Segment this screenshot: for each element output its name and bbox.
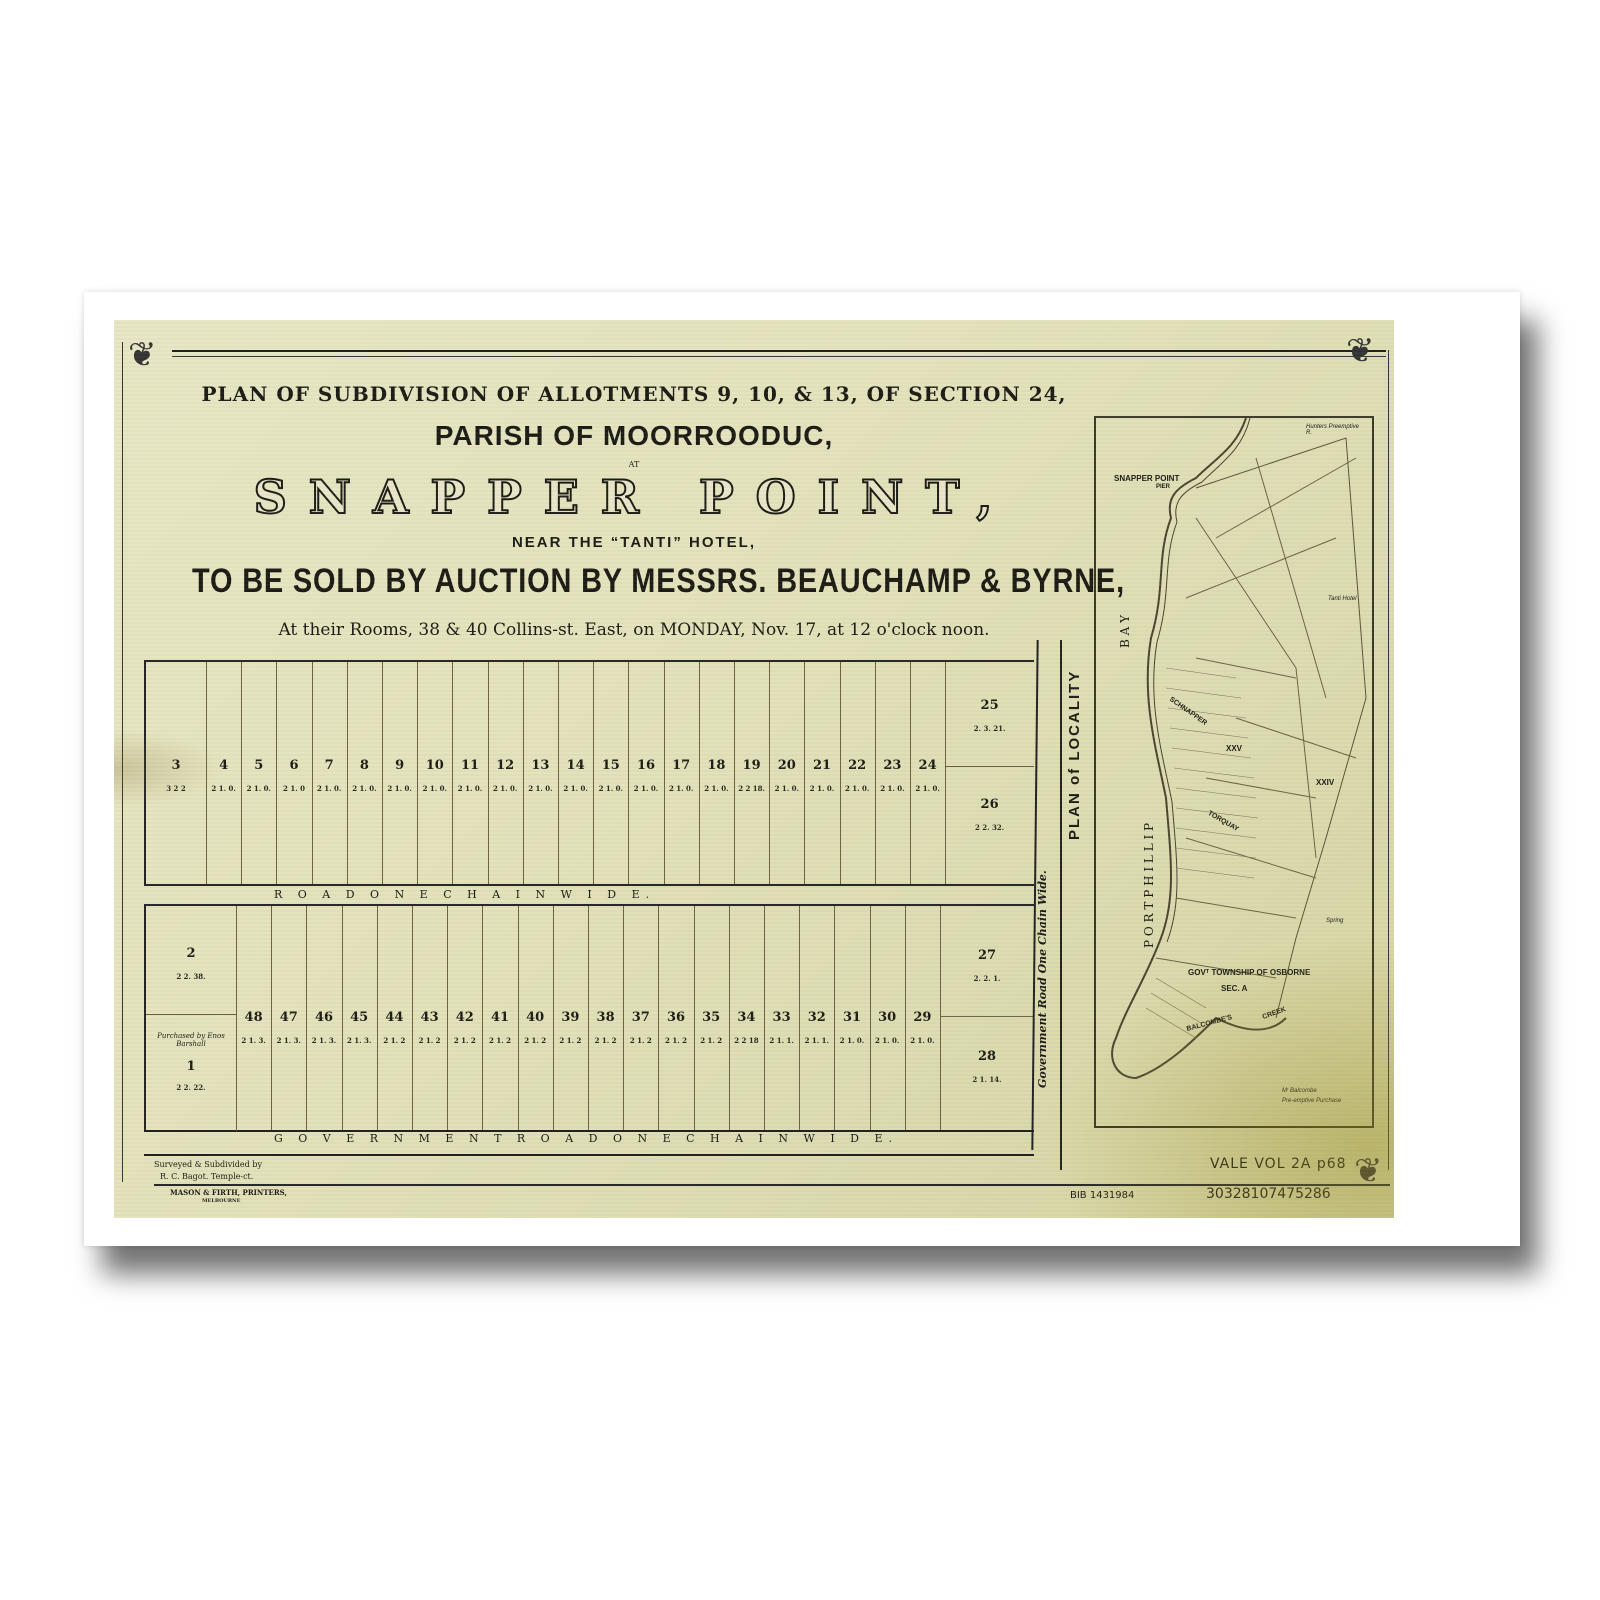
lot-area: 3 2 2 (146, 784, 206, 793)
road-label-vertical: Government Road One Chain Wide. (1036, 870, 1049, 1088)
lot-number: 16 (628, 758, 663, 773)
lot-cell: 332 1. 1. (764, 906, 800, 1130)
lot-cell: 162 1. 0. (628, 662, 664, 884)
map-label-spring: Spring (1326, 918, 1343, 924)
lot-area: 2 2 18. (734, 784, 769, 793)
lot-number: 5 (241, 758, 276, 773)
lot-area: 2 1. 0. (206, 784, 241, 793)
lot-number: 8 (347, 758, 382, 773)
lot-cell: 172 1. 0. (664, 662, 700, 884)
lot-area: 2 1. 0. (417, 784, 452, 793)
lot-cell: 202 1. 0. (769, 662, 805, 884)
lot-cell: 22 2. 38. (146, 906, 237, 1014)
lot-number: 39 (553, 1010, 588, 1025)
lot-number: 44 (377, 1010, 412, 1025)
lot-cell: 372 1. 2 (623, 906, 659, 1130)
lot-area: 2 1. 2 (588, 1036, 623, 1045)
lot-area: 2 1. 0. (664, 784, 699, 793)
lot-cell: 182 1. 0. (699, 662, 735, 884)
lot-area: 2 1. 0. (910, 784, 945, 793)
map-label-balcombe-owner: Mʳ Balcombe (1282, 1088, 1317, 1094)
lot-number: 38 (588, 1010, 623, 1025)
lot-cell: 402 1. 2 (518, 906, 554, 1130)
lot-cell: 52 1. 0. (241, 662, 277, 884)
border-line (1388, 350, 1389, 1170)
corner-ornament-icon: ❦ (1346, 334, 1375, 368)
purchased-note: Purchased by Enos Barshall (156, 1033, 226, 1048)
lot-number: 12 (488, 758, 523, 773)
lot-number: 21 (804, 758, 839, 773)
surveyed-by-label: Surveyed & Subdivided by (154, 1160, 262, 1169)
lot-cell: 192 2 18. (734, 662, 770, 884)
lot-number: 24 (910, 758, 945, 773)
lot-number: 32 (799, 1010, 834, 1025)
lot-area: 2 1. 2 (482, 1036, 517, 1045)
title-auction-details: At their Rooms, 38 & 40 Collins-st. East… (114, 620, 1154, 640)
lot-number: 36 (658, 1010, 693, 1025)
title-at: AT (114, 460, 1154, 469)
lot-area: 2 1. 0. (523, 784, 558, 793)
lot-cell: 102 1. 0. (417, 662, 453, 884)
lot-area: 2 1. 14. (940, 1075, 1034, 1084)
lot-area: 2. 2. 1. (940, 974, 1034, 983)
lot-cell: 82 1. 0. (347, 662, 383, 884)
title-line-1: PLAN OF SUBDIVISION OF ALLOTMENTS 9, 10,… (114, 382, 1154, 406)
map-label-sec-a: SEC. A (1221, 984, 1247, 993)
lot-number: 17 (664, 758, 699, 773)
lot-cell: 252. 3. 21. (945, 662, 1034, 766)
lot-cell: 92 1. 0. (382, 662, 418, 884)
lot-cell: 362 1. 2 (658, 906, 694, 1130)
lot-area: 2 1. 2 (623, 1036, 658, 1045)
lot-area: 2 1. 3. (236, 1036, 271, 1045)
lot-cell: 422 1. 2 (447, 906, 483, 1130)
lot-number: 19 (734, 758, 769, 773)
lot-number: 13 (523, 758, 558, 773)
lot-area: 2 1. 2 (553, 1036, 588, 1045)
locality-title: PLAN of LOCALITY (1066, 670, 1083, 840)
vale-reference: VALE VOL 2A p68 (1210, 1156, 1347, 1172)
map-label-xxiv: XXIV (1316, 778, 1334, 787)
lot-area: 2 1. 0. (834, 1036, 869, 1045)
lot-cell: 292 1. 0. (905, 906, 941, 1130)
lot-number: 4 (206, 758, 241, 773)
lot-number: 3 (146, 758, 206, 773)
lot-area: 2 1. 2 (447, 1036, 482, 1045)
lot-area: 2 1. 0 (276, 784, 311, 793)
lot-number: 34 (729, 1010, 764, 1025)
lot-cell: 472 1. 3. (271, 906, 307, 1130)
lot-area: 2 1. 0. (769, 784, 804, 793)
road-label-bottom: G O V E R N M E N T R O A D O N E C H A … (274, 1132, 898, 1145)
lower-lot-block: 22 2. 38.Purchased by Enos Barshall12 2.… (144, 904, 1034, 1132)
lot-area: 2 2 18 (729, 1036, 764, 1045)
lot-area: 2 1. 0. (628, 784, 663, 793)
map-label-snapper-point: SNAPPER POINT (1114, 474, 1179, 483)
map-label-preemptive: Pre-emptive Purchase (1282, 1098, 1341, 1104)
lot-number: 43 (412, 1010, 447, 1025)
lot-area: 2 1. 0. (241, 784, 276, 793)
road-edge-line (1060, 640, 1062, 1170)
lot-cell: 342 2 18 (729, 906, 765, 1130)
lot-number: 26 (945, 797, 1034, 812)
lot-number: 31 (834, 1010, 869, 1025)
lot-area: 2 1. 0. (905, 1036, 940, 1045)
lot-cell: 322 1. 1. (799, 906, 835, 1130)
lot-number: 47 (271, 1010, 306, 1025)
lot-area: 2 1. 0. (593, 784, 628, 793)
map-label-tanti-hotel: Tanti Hotel (1328, 596, 1356, 602)
lot-area: 2 1. 2 (412, 1036, 447, 1045)
lot-cell: 272. 2. 1. (940, 906, 1034, 1016)
title-auction: TO BE SOLD BY AUCTION BY MESSRS. BEAUCHA… (192, 562, 1076, 601)
lot-cell: 42 1. 0. (206, 662, 242, 884)
border-line (154, 1184, 1390, 1186)
lot-cell: 112 1. 0. (452, 662, 488, 884)
title-parish: PARISH OF MOORROODUC, (114, 420, 1154, 452)
lot-area: 2 1. 0. (347, 784, 382, 793)
lot-area: 2 1. 2 (694, 1036, 729, 1045)
lot-number: 2 (146, 946, 236, 961)
lot-cell: 392 1. 2 (553, 906, 589, 1130)
lot-area: 2 2. 22. (146, 1083, 236, 1092)
lot-number: 25 (945, 698, 1034, 713)
map-label-bay: B A Y (1118, 615, 1132, 648)
lot-number: 23 (875, 758, 910, 773)
lot-cell: 222 1. 0. (840, 662, 876, 884)
lot-area: 2 1. 0. (840, 784, 875, 793)
printers-label: MASON & FIRTH, PRINTERS, (170, 1188, 287, 1197)
lot-number: 40 (518, 1010, 553, 1025)
corner-ornament-icon: ❦ (1354, 1154, 1383, 1188)
map-label-hunters: Hunters Preemptive R. (1306, 424, 1366, 436)
lot-area: 2 1. 1. (764, 1036, 799, 1045)
lot-area: 2 1. 0. (875, 784, 910, 793)
lot-area: 2 1. 0. (452, 784, 487, 793)
lot-area: 2 1. 3. (342, 1036, 377, 1045)
lot-area: 2 1. 0. (699, 784, 734, 793)
lot-number: 20 (769, 758, 804, 773)
lot-area: 2 1. 1. (799, 1036, 834, 1045)
lot-number: 28 (940, 1049, 1034, 1064)
lot-number: 30 (870, 1010, 905, 1025)
lot-cell: 432 1. 2 (412, 906, 448, 1130)
map-sheet: ❦ ❦ ❦ PLAN OF SUBDIVISION OF ALLOTMENTS … (114, 320, 1394, 1218)
lot-cell: 142 1. 0. (558, 662, 594, 884)
lot-area: 2 1. 0. (312, 784, 347, 793)
lot-cell: 282 1. 14. (940, 1016, 1034, 1131)
lot-cell: 302 1. 0. (870, 906, 906, 1130)
lot-cell: 72 1. 0. (312, 662, 348, 884)
corner-ornament-icon: ❦ (128, 338, 157, 372)
title-near-hotel: NEAR THE “TANTI” HOTEL, (114, 534, 1154, 551)
lot-cell: 212 1. 0. (804, 662, 840, 884)
lot-cell: 462 1. 3. (306, 906, 342, 1130)
barcode-number: 30328107475286 (1206, 1186, 1331, 1202)
lot-cell: 442 1. 2 (377, 906, 413, 1130)
lot-number: 11 (452, 758, 487, 773)
lot-area: 2 2. 38. (146, 972, 236, 981)
road-label-middle: R O A D O N E C H A I N W I D E. (274, 888, 655, 901)
border-line (172, 356, 1386, 357)
road-edge-line (144, 1154, 1034, 1156)
lot-cell: 382 1. 2 (588, 906, 624, 1130)
coastline-map (1096, 418, 1372, 1126)
lot-number: 45 (342, 1010, 377, 1025)
lot-number: 1 (146, 1059, 236, 1074)
lot-number: 6 (276, 758, 311, 773)
lot-number: 15 (593, 758, 628, 773)
lot-cell: 33 2 2 (146, 662, 207, 884)
lot-number: 37 (623, 1010, 658, 1025)
lot-number: 41 (482, 1010, 517, 1025)
lot-cell: 242 1. 0. (910, 662, 946, 884)
lot-number: 42 (447, 1010, 482, 1025)
lot-number: 14 (558, 758, 593, 773)
lot-cell: 452 1. 3. (342, 906, 378, 1130)
lot-area: 2 1. 2 (377, 1036, 412, 1045)
lot-number: 35 (694, 1010, 729, 1025)
map-label-xxv: XXV (1226, 744, 1242, 753)
title-snapper-point: SNAPPER POINT, (114, 470, 1154, 524)
lot-cell: 152 1. 0. (593, 662, 629, 884)
lot-number: 46 (306, 1010, 341, 1025)
lot-cell: 312 1. 0. (834, 906, 870, 1130)
lot-number: 7 (312, 758, 347, 773)
printers-city: MELBOURNE (202, 1198, 240, 1204)
lot-number: 22 (840, 758, 875, 773)
locality-map: SNAPPER POINT PIER Hunters Preemptive R.… (1094, 416, 1374, 1128)
lot-cell: Purchased by Enos Barshall12 2. 22. (146, 1014, 237, 1131)
lot-cell: 62 1. 0 (276, 662, 312, 884)
lot-number: 27 (940, 948, 1034, 963)
bib-number: BIB 1431984 (1070, 1190, 1134, 1201)
lot-cell: 132 1. 0. (523, 662, 559, 884)
map-label-pier: PIER (1156, 484, 1170, 490)
lot-area: 2 1. 0. (558, 784, 593, 793)
lot-number: 9 (382, 758, 417, 773)
lot-number: 29 (905, 1010, 940, 1025)
lot-cell: 262 2. 32. (945, 766, 1034, 885)
lot-cell: 232 1. 0. (875, 662, 911, 884)
lot-area: 2. 3. 21. (945, 724, 1034, 733)
lot-cell: 412 1. 2 (482, 906, 518, 1130)
lot-number: 10 (417, 758, 452, 773)
lot-area: 2 2. 32. (945, 823, 1034, 832)
lot-cell: 122 1. 0. (488, 662, 524, 884)
surveyor-name: R. C. Bagot. Temple-ct. (160, 1172, 253, 1181)
map-label-township: GOVᵀ TOWNSHIP OF OSBORNE (1188, 968, 1310, 977)
lot-area: 2 1. 3. (306, 1036, 341, 1045)
lot-area: 2 1. 2 (518, 1036, 553, 1045)
lot-area: 2 1. 0. (382, 784, 417, 793)
lot-cell: 352 1. 2 (694, 906, 730, 1130)
lot-area: 2 1. 0. (488, 784, 523, 793)
map-label-port-phillip: P O R T P H I L L I P (1142, 823, 1156, 948)
lot-area: 2 1. 0. (804, 784, 839, 793)
lot-number: 48 (236, 1010, 271, 1025)
lot-area: 2 1. 0. (870, 1036, 905, 1045)
lot-area: 2 1. 3. (271, 1036, 306, 1045)
lot-area: 2 1. 2 (658, 1036, 693, 1045)
lot-cell: 482 1. 3. (236, 906, 272, 1130)
lot-number: 33 (764, 1010, 799, 1025)
upper-lot-block: 33 2 242 1. 0.52 1. 0.62 1. 072 1. 0.82 … (144, 660, 1034, 886)
lot-number: 18 (699, 758, 734, 773)
border-line (172, 350, 1386, 352)
